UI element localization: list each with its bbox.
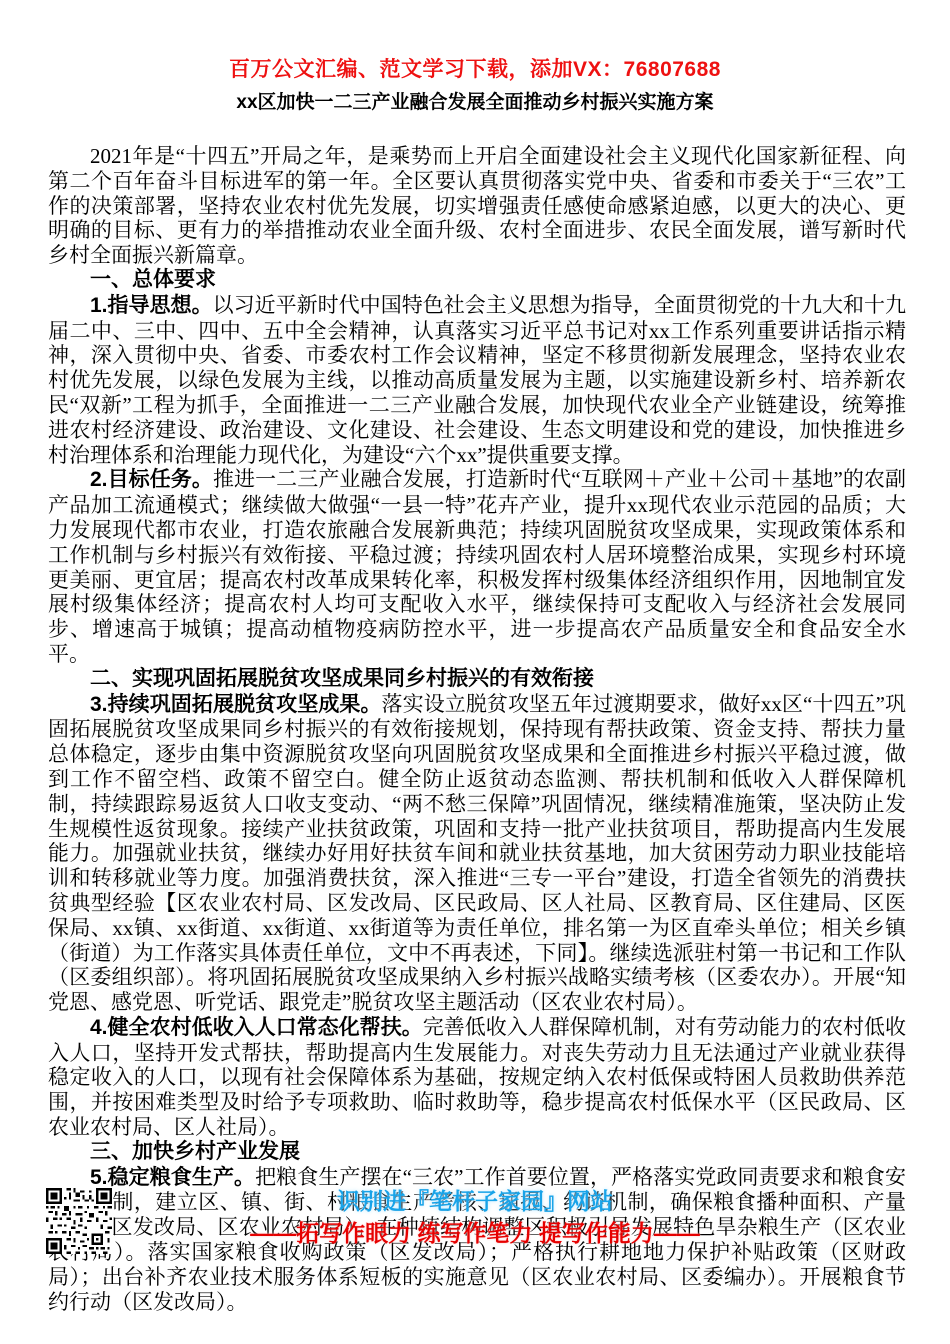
- footer-slogan-line: ——拓写作眼力 练写作笔力 提写作能力——: [0, 1218, 950, 1248]
- paragraph-low-income-support: 4.健全农村低收入人口常态化帮扶。完善低收入人群保障机制，对有劳动能力的农村低收…: [48, 1015, 906, 1140]
- section-heading-1: 一、总体要求: [48, 268, 906, 293]
- paragraph-consolidate-poverty-results: 3.持续巩固拓展脱贫攻坚成果。落实设立脱贫攻坚五年过渡期要求，做好xx区“十四五…: [48, 692, 906, 1015]
- paragraph-text: 推进一二三产业融合发展，打造新时代“互联网＋产业＋公司＋基地”的农副产品加工流通…: [48, 467, 906, 666]
- paragraph-target-tasks: 2.目标任务。推进一二三产业融合发展，打造新时代“互联网＋产业＋公司＋基地”的农…: [48, 467, 906, 666]
- section-heading-2: 二、实现巩固拓展脱贫攻坚成果同乡村振兴的有效衔接: [48, 667, 906, 692]
- paragraph-lead: 4.健全农村低收入人口常态化帮扶。: [90, 1016, 423, 1039]
- paragraph-lead: 2.目标任务。: [90, 468, 213, 491]
- paragraph-text: 2021年是“十四五”开局之年，是乘势而上开启全面建设社会主义现代化国家新征程、…: [48, 144, 906, 267]
- vx-notice: 百万公文汇编、范文学习下载，添加VX：76807688: [0, 58, 950, 82]
- section-heading-3: 三、加快乡村产业发展: [48, 1140, 906, 1165]
- paragraph-lead: 3.持续巩固拓展脱贫攻坚成果。: [90, 693, 382, 716]
- paragraph-text: 落实设立脱贫攻坚五年过渡期要求，做好xx区“十四五”巩固拓展脱贫攻坚成果同乡村振…: [48, 692, 906, 1015]
- paragraph-text: 以习近平新时代中国特色社会主义思想为指导，全面贯彻党的十九大和十九届二中、三中、…: [48, 293, 906, 467]
- paragraph-guiding-ideology: 1.指导思想。以习近平新时代中国特色社会主义思想为指导，全面贯彻党的十九大和十九…: [48, 293, 906, 468]
- page-footer: 识别进『笔杆子家园』网站 ——拓写作眼力 练写作笔力 提写作能力——: [0, 1186, 950, 1306]
- paragraph-intro: 2021年是“十四五”开局之年，是乘势而上开启全面建设社会主义现代化国家新征程、…: [48, 144, 906, 268]
- document-page: 百万公文汇编、范文学习下载，添加VX：76807688 xx区加快一二三产业融合…: [0, 0, 950, 1344]
- footer-site-line: 识别进『笔杆子家园』网站: [0, 1186, 950, 1216]
- document-body: 2021年是“十四五”开局之年，是乘势而上开启全面建设社会主义现代化国家新征程、…: [48, 144, 906, 1314]
- page-title: xx区加快一二三产业融合发展全面推动乡村振兴实施方案: [0, 90, 950, 116]
- paragraph-lead: 1.指导思想。: [90, 294, 213, 317]
- qr-code: [46, 1188, 112, 1254]
